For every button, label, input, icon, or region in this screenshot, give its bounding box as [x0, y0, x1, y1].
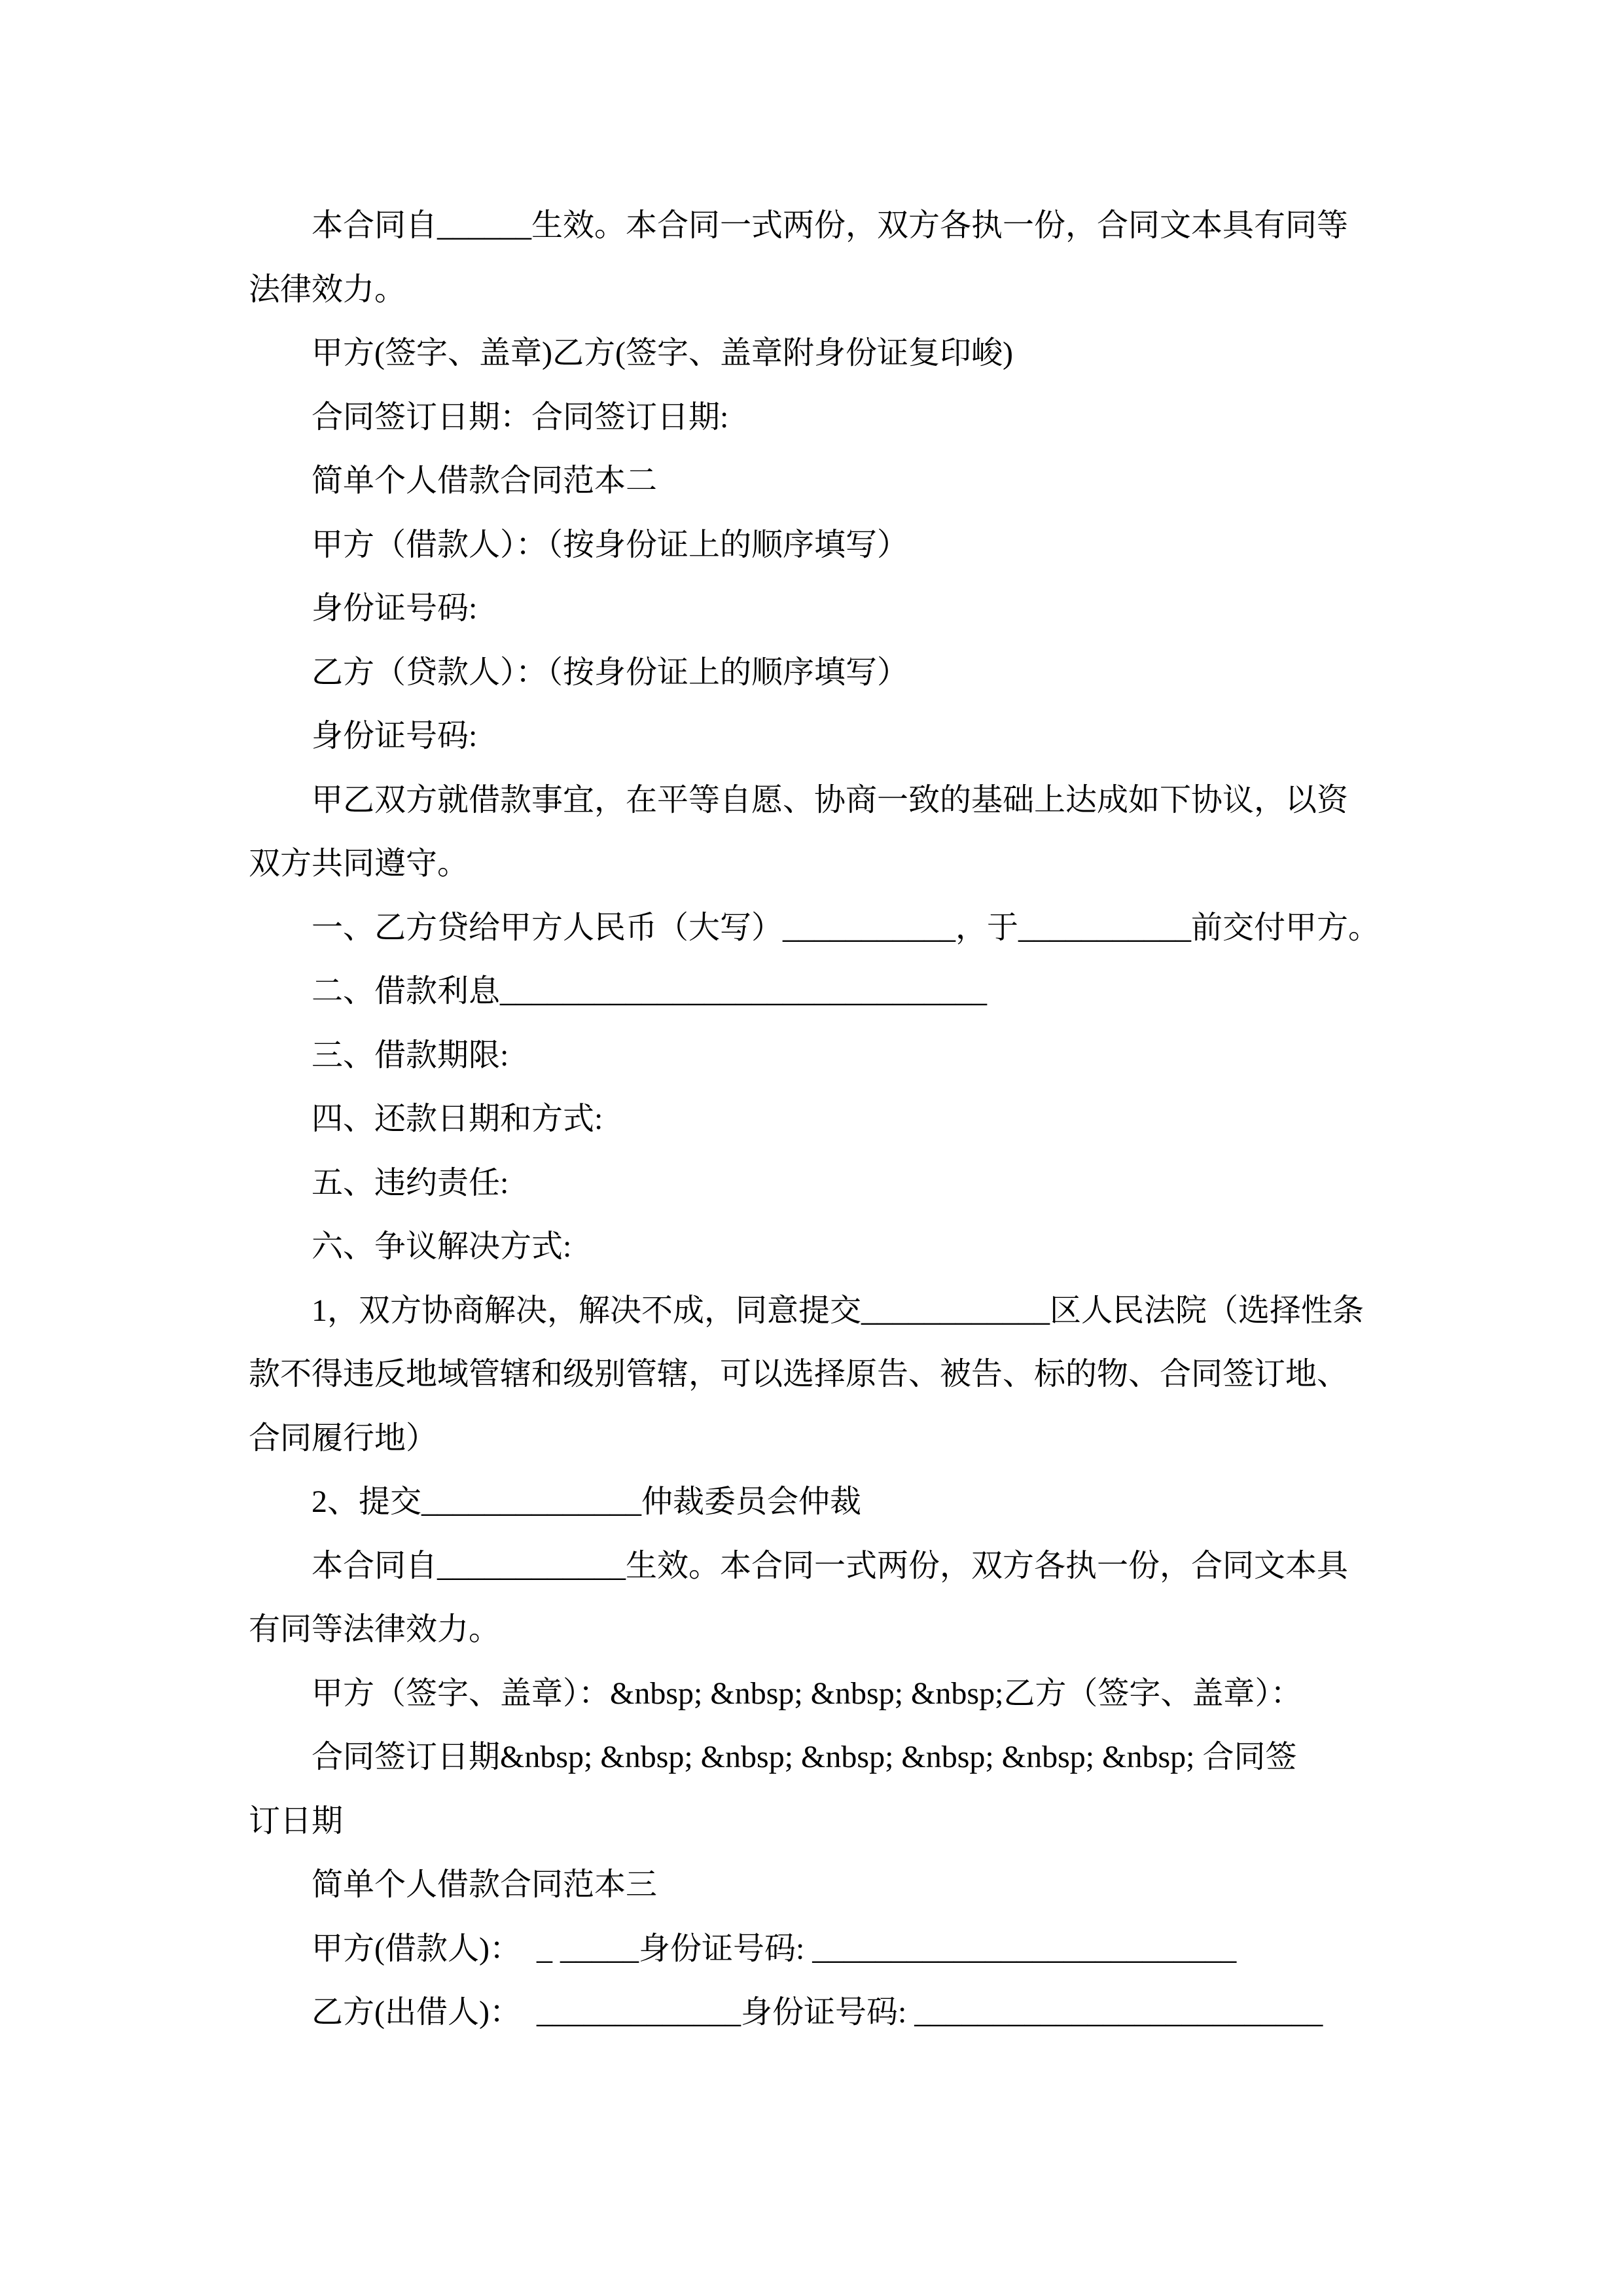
preamble-line-1: 甲乙双方就借款事宜，在平等自愿、协商一致的基础上达成如下协议，以资 [249, 768, 1380, 833]
document-body: 本合同自______生效。本合同一式两份，双方各执一份，合同文本具有同等法律效力… [249, 194, 1380, 2045]
clause-6-dispute: 六、争议解决方式: [249, 1215, 1380, 1279]
clause-5-breach: 五、违约责任: [249, 1151, 1380, 1215]
dispute-litigation-line-1: 1，双方协商解决，解决不成，同意提交____________区人民法院（选择性条 [249, 1279, 1380, 1343]
signing-date-line-2a: 合同签订日期&nbsp; &nbsp; &nbsp; &nbsp; &nbsp;… [249, 1725, 1380, 1789]
party-a-borrower-id-line: 甲方(借款人)： _ _____身份证号码: _________________… [249, 1917, 1380, 1981]
dispute-arbitration-line: 2、提交______________仲裁委员会仲裁 [249, 1470, 1380, 1534]
preamble-line-2: 双方共同遵守。 [249, 832, 1380, 896]
clause-2-interest: 二、借款利息_______________________________ [249, 960, 1380, 1024]
effectiveness-clause-line-2: 法律效力。 [249, 258, 1380, 322]
signature-line-2: 甲方（签字、盖章）：&nbsp; &nbsp; &nbsp; &nbsp;乙方（… [249, 1662, 1380, 1726]
party-b-lender-line: 乙方（贷款人）：（按身份证上的顺序填写） [249, 641, 1380, 705]
party-b-lender-id-line: 乙方(出借人)： _____________身份证号码: ___________… [249, 1981, 1380, 2045]
clause-3-term: 三、借款期限: [249, 1024, 1380, 1088]
clause-1-loan-amount: 一、乙方贷给甲方人民币（大写）___________，于___________前… [249, 896, 1380, 960]
dispute-litigation-line-3: 合同履行地） [249, 1407, 1380, 1471]
template-3-title: 简单个人借款合同范本三 [249, 1853, 1380, 1917]
dispute-litigation-line-2: 款不得违反地域管辖和级别管辖，可以选择原告、被告、标的物、合同签订地、 [249, 1342, 1380, 1407]
signing-date-line-2b: 订日期 [249, 1789, 1380, 1854]
signature-line: 甲方(签字、盖章)乙方(签字、盖章附身份证复印峻) [249, 321, 1380, 386]
effectiveness-clause2-line-2: 有同等法律效力。 [249, 1598, 1380, 1662]
party-a-id-line: 身份证号码: [249, 577, 1380, 641]
effectiveness-clause-line-1: 本合同自______生效。本合同一式两份，双方各执一份，合同文本具有同等 [249, 194, 1380, 258]
signing-date-line: 合同签订日期：合同签订日期: [249, 386, 1380, 450]
document-page: 本合同自______生效。本合同一式两份，双方各执一份，合同文本具有同等法律效力… [0, 0, 1623, 2296]
clause-4-repayment: 四、还款日期和方式: [249, 1087, 1380, 1151]
template-2-title: 简单个人借款合同范本二 [249, 449, 1380, 513]
party-b-id-line: 身份证号码: [249, 704, 1380, 768]
party-a-borrower-line: 甲方（借款人）：（按身份证上的顺序填写） [249, 513, 1380, 577]
effectiveness-clause2-line-1: 本合同自____________生效。本合同一式两份，双方各执一份，合同文本具 [249, 1534, 1380, 1598]
